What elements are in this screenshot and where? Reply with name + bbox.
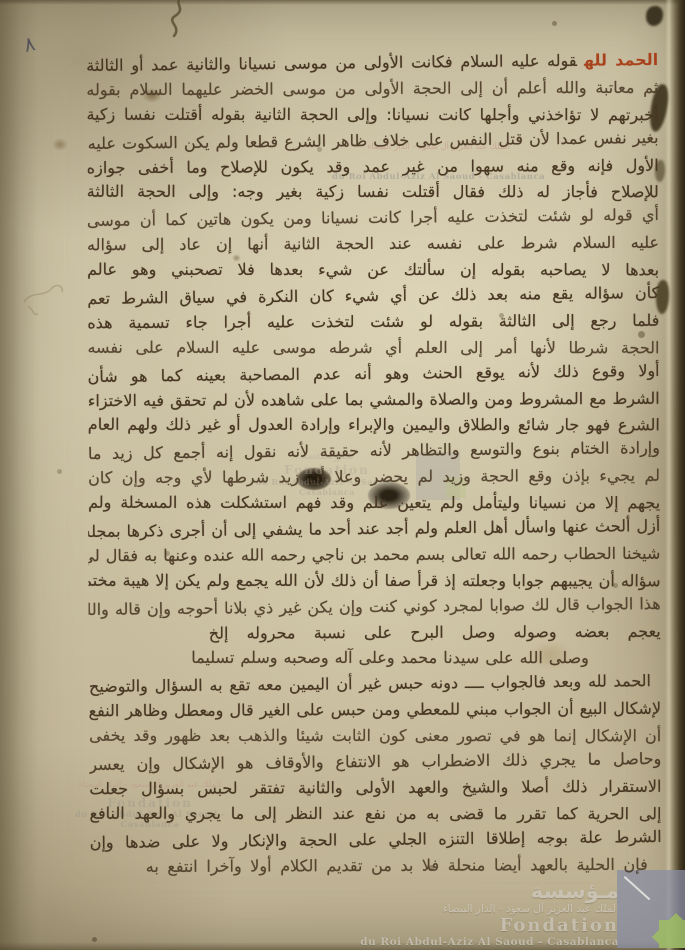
text-line: فإن الحلية بالعهد أيضا منحلة فلا بد من ت… (90, 851, 662, 879)
text-line: سؤاله أن يجيبهم جوابا وجعلته إذ قرأ صفا … (88, 568, 660, 594)
manuscript-page: ٨ الملك عبد العزيز آل سعود - الدار البيض… (0, 0, 685, 950)
text-line: الأول فإنه وقع منه سهوا من غير عمد وقد ي… (87, 152, 659, 180)
text-line: شيخنا الحطاب رحمه الله تعالى بسم محمد بن… (88, 541, 660, 569)
text-line: فلما رجع إلى الثالثة بقوله لو شئت لتخذت … (87, 308, 659, 336)
binding-edge-shadow (0, 0, 38, 950)
text-line: يعجم بعضه وصوله وصل البرح على نسبة محرول… (89, 618, 661, 646)
text-line-content: قوله عليه السلام فكانت الأولى من موسى نس… (86, 51, 577, 75)
text-line: الحجة شرطا لأنها أمر إلى العلم أي شرطه م… (87, 335, 659, 361)
text-line: ثم معاتبة والله أعلم أن إلى الحجة الأولى… (86, 75, 658, 103)
text-line: أخبرتهم لا تؤاخذني وأجلها كانت نسيانا: و… (86, 102, 658, 128)
text-line: الشرط مع المشروط ومن والصلاة والمشي بما … (88, 385, 660, 413)
text-line: لم يجيء بإذن وقع الحجة وزيد لم يحضر وعلا… (88, 463, 660, 491)
rubric-opening-word: الحمد لله (584, 50, 659, 70)
text-line: يجهم إلا من نسيانا وليتأمل ولم يتعين علم… (88, 490, 660, 516)
text-line: بعدها لا يصاحبه بقوله إن سألتك عن شيء بع… (87, 257, 659, 283)
bottom-edge (0, 942, 685, 950)
manuscript-text: الحمد للهقوله عليه السلام فكانت الأولى م… (86, 49, 662, 887)
page-curl-right-edge (665, 0, 685, 950)
paper-specks (0, 0, 3, 3)
text-line: الشرع فهو جار شائع والطلاق واليمين والإب… (88, 412, 660, 438)
paper-stain (52, 138, 68, 151)
text-line: أن الإشكال إنما هو في تصور معنى كون الثا… (89, 723, 661, 749)
margin-scribble (18, 276, 70, 320)
text-line: أولا وقوع ذلك لأنه يوقع الحنث وهو أنه عد… (87, 358, 659, 390)
ink-squiggle-mark (166, 0, 192, 44)
top-edge (0, 0, 685, 5)
text-line: الاستقرار ذلك أصلا والشيخ والعهد الأولى … (89, 774, 661, 802)
text-line: للإصلاح فأجاز له ذلك فقال أقتلت نفسا زكي… (87, 179, 659, 205)
watermark-org-name-french: Fondation (319, 915, 619, 936)
text-line: بغير نفس عمدا لأن قتل النفس على خلاف ظاه… (86, 125, 658, 157)
paper-tear (646, 6, 663, 26)
text-line: لإشكال البيع أن الجواب مبني للمعطي ومن ح… (89, 696, 661, 724)
text-line: عليه السلام شرط على نفسه عند الحجة الثان… (87, 230, 659, 258)
text-line: وصلى الله على سيدنا محمد وعلى آله وصحبه … (89, 645, 661, 671)
text-line: إلى الحرية كما تقرر ما قضى به من نفع عند… (89, 801, 661, 827)
foundation-watermark-logo: مـؤسسة الملك عبد العزيز آل سعود - الدار … (319, 879, 619, 948)
watermark-arabic-line: الملك عبد العزيز آل سعود - الدار البيضاء (319, 903, 619, 915)
